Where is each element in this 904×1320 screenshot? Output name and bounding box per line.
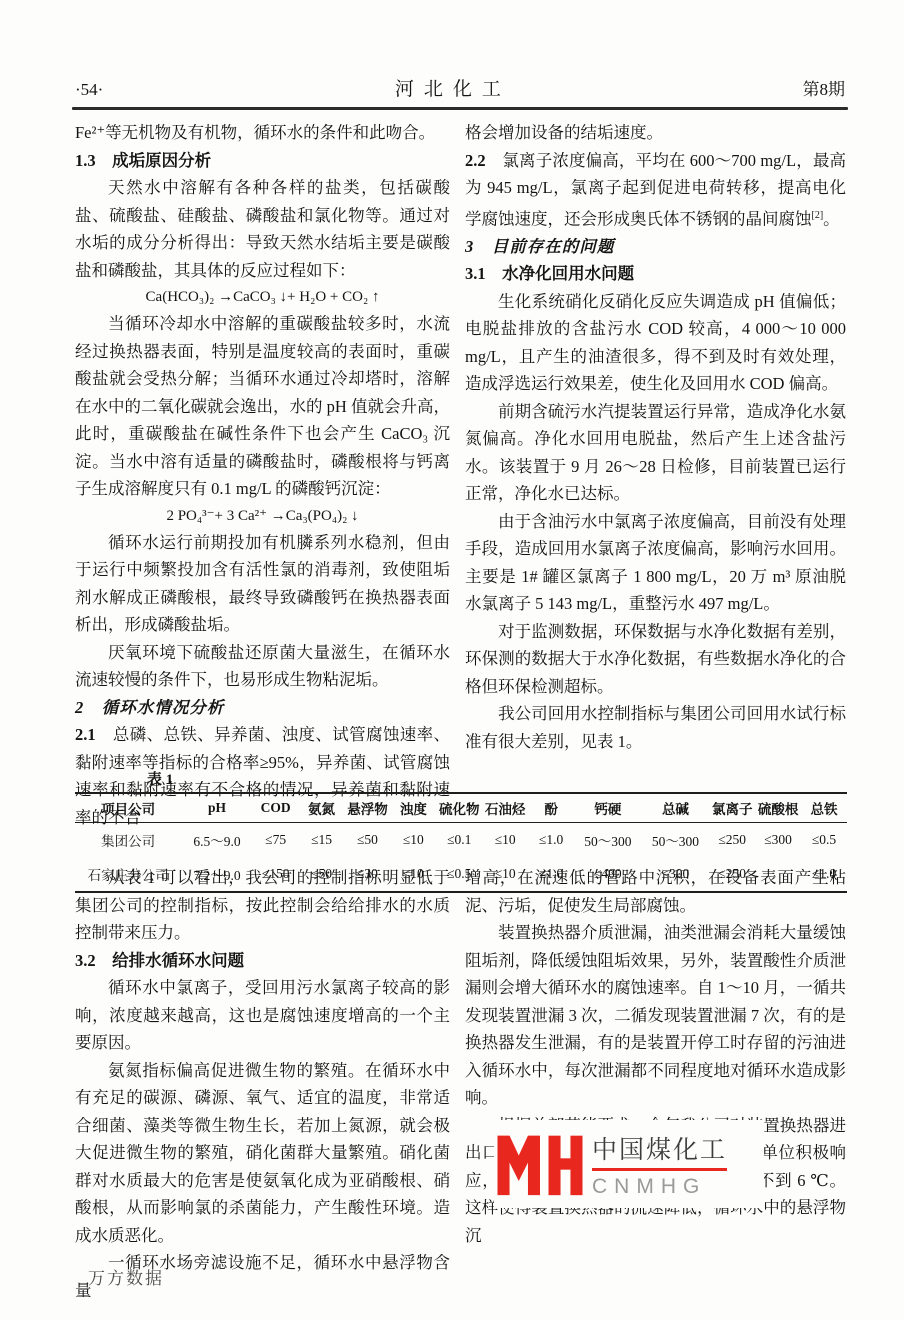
cell: 50～300 bbox=[642, 823, 710, 858]
paragraph: 天然水中溶解有各种各样的盐类，包括碳酸盐、硫酸盐、硅酸盐、磷酸盐和氯化物等。通过… bbox=[75, 174, 450, 284]
cell: ≤0.1 bbox=[436, 823, 482, 858]
watermark-cn-label: 中国煤化工 bbox=[592, 1130, 727, 1171]
paragraph: 由于含油污水中氯离子浓度偏高，目前没有处理手段，造成回用水氯离子浓度偏高，影响污… bbox=[465, 508, 846, 618]
col-header: COD bbox=[253, 793, 299, 823]
header-rule bbox=[72, 107, 848, 110]
section-tail: 。 bbox=[823, 209, 840, 228]
col-header: 硫酸根 bbox=[755, 793, 801, 823]
paragraph: 循环水中氯离子，受回用污水氯离子较高的影响，浓度越来越高，这也是腐蚀速度增高的一… bbox=[75, 974, 450, 1057]
section-text: 氯离子浓度偏高，平均在 600～700 mg/L，最高为 945 mg/L，氯离… bbox=[465, 151, 846, 229]
section-number: 2.1 bbox=[75, 725, 96, 744]
citation-ref: [2] bbox=[812, 210, 824, 221]
table-caption: 表 1 bbox=[147, 768, 847, 789]
journal-page: ·54· 河北化工 第8期 Fe²⁺等无机物及有机物，循环水的条件和此吻合。 1… bbox=[0, 0, 904, 1320]
paragraph: 对于监测数据，环保数据与水净化数据有差别，环保测的数据大于水净化数据，有些数据水… bbox=[465, 618, 846, 701]
section-number: 2.2 bbox=[465, 151, 486, 170]
watermark-en-label: CNMHG bbox=[592, 1175, 727, 1199]
cell: 6.5～9.0 bbox=[181, 823, 252, 858]
cell: ≤75 bbox=[253, 823, 299, 858]
column-top-left: Fe²⁺等无机物及有机物，循环水的条件和此吻合。 1.3 成垢原因分析 天然水中… bbox=[75, 119, 450, 831]
col-header: pH bbox=[181, 793, 252, 823]
paragraph: 装置换热器介质泄漏，油类泄漏会消耗大量缓蚀阻垢剂，降低缓蚀阻垢效果，另外，装置酸… bbox=[465, 919, 846, 1112]
cell: 50～300 bbox=[574, 823, 642, 858]
cell: ≤0.5 bbox=[801, 823, 847, 858]
column-bottom-left: 从表 1 可以看出，我公司的控制指标明显低于集团公司的控制指标，按此控制会给给排… bbox=[75, 864, 450, 1304]
cnmhg-watermark: 中国煤化工 CNMHG bbox=[494, 1120, 764, 1208]
paragraph: 生化系统硝化反硝化反应失调造成 pH 值偏低；电脱盐排放的含盐污水 COD 较高… bbox=[465, 288, 846, 398]
section-heading-1-3: 1.3 成垢原因分析 bbox=[75, 147, 450, 175]
journal-title: 河北化工 bbox=[395, 74, 511, 101]
cell: ≤300 bbox=[755, 823, 801, 858]
column-top-right: 格会增加设备的结垢速度。 2.2 氯离子浓度偏高，平均在 600～700 mg/… bbox=[465, 119, 846, 755]
page-number: ·54· bbox=[75, 80, 103, 100]
paragraph: 格会增加设备的结垢速度。 bbox=[465, 119, 846, 147]
paragraph: Fe²⁺等无机物及有机物，循环水的条件和此吻合。 bbox=[75, 119, 450, 147]
cell: ≤50 bbox=[345, 823, 391, 858]
cell: ≤10 bbox=[390, 823, 436, 858]
cell: ≤1.0 bbox=[528, 823, 574, 858]
issue-number: 第8期 bbox=[803, 75, 846, 100]
cell: ≤250 bbox=[709, 823, 755, 858]
col-header: 总碱 bbox=[642, 793, 710, 823]
page-header: ·54· 河北化工 第8期 bbox=[75, 74, 845, 101]
coal-chem-logo-icon bbox=[494, 1130, 586, 1198]
col-header: 钙硬 bbox=[574, 793, 642, 823]
paragraph: 循环水运行前期投加有机膦系列水稳剂，但由于运行中频繁投加含有活性氯的消毒剂，致使… bbox=[75, 529, 450, 639]
section-heading-3-1: 3.1 水净化回用水问题 bbox=[465, 260, 846, 288]
paragraph: 厌氧环境下硫酸盐还原菌大量滋生，在循环水流速较慢的条件下，也易形成生物粘泥垢。 bbox=[75, 639, 450, 694]
paragraph: 从表 1 可以看出，我公司的控制指标明显低于集团公司的控制指标，按此控制会给给排… bbox=[75, 864, 450, 947]
col-header: 项目公司 bbox=[75, 793, 181, 823]
col-header: 悬浮物 bbox=[345, 793, 391, 823]
cell: ≤10 bbox=[482, 823, 528, 858]
section-heading-2: 2 循环水情况分析 bbox=[75, 694, 450, 722]
cell: 集团公司 bbox=[75, 823, 181, 858]
table-row: 集团公司 6.5～9.0 ≤75 ≤15 ≤50 ≤10 ≤0.1 ≤10 ≤1… bbox=[75, 823, 847, 858]
section-heading-3-2: 3.2 给排水循环水问题 bbox=[75, 947, 450, 975]
paragraph-2-2: 2.2 氯离子浓度偏高，平均在 600～700 mg/L，最高为 945 mg/… bbox=[465, 147, 846, 233]
col-header: 氨氮 bbox=[299, 793, 345, 823]
col-header: 氯离子 bbox=[709, 793, 755, 823]
cell: ≤15 bbox=[299, 823, 345, 858]
col-header: 浊度 bbox=[390, 793, 436, 823]
col-header: 总铁 bbox=[801, 793, 847, 823]
paragraph: 当循环冷却水中溶解的重碳酸盐较多时，水流经过换热器表面，特别是温度较高的表面时，… bbox=[75, 310, 450, 503]
paragraph: 前期含硫污水汽提装置运行异常，造成净化水氨氮偏高。净化水回用电脱盐，然后产生上述… bbox=[465, 398, 846, 508]
chemical-equation-1: Ca(HCO₃)₂ →CaCO₃ ↓+ H₂O + CO₂ ↑ bbox=[75, 284, 450, 310]
col-header: 酚 bbox=[528, 793, 574, 823]
paragraph: 我公司回用水控制指标与集团公司回用水试行标准有很大差别，见表 1。 bbox=[465, 700, 846, 755]
watermark-text: 中国煤化工 CNMHG bbox=[592, 1130, 727, 1199]
wanfang-data-label: 万方数据 bbox=[88, 1264, 164, 1289]
chemical-equation-2: 2 PO₄³⁻+ 3 Ca²⁺ →Ca₃(PO₄)₂ ↓ bbox=[75, 503, 450, 529]
col-header: 硫化物 bbox=[436, 793, 482, 823]
section-heading-3: 3 目前存在的问题 bbox=[465, 233, 846, 261]
paragraph: 增高，在流速低的管路中沉积，在设备表面产生粘泥、污垢，促使发生局部腐蚀。 bbox=[465, 864, 846, 919]
table-header-row: 项目公司 pH COD 氨氮 悬浮物 浊度 硫化物 石油烃 酚 钙硬 总碱 氯离… bbox=[75, 793, 847, 823]
paragraph: 氨氮指标偏高促进微生物的繁殖。在循环水中有充足的碳源、磷源、氧气、适宜的温度，非… bbox=[75, 1057, 450, 1250]
col-header: 石油烃 bbox=[482, 793, 528, 823]
